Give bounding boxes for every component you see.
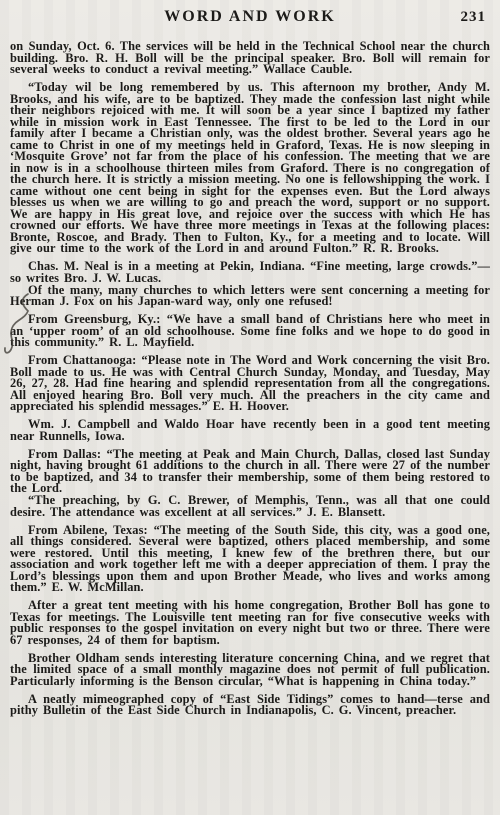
paragraph: Chas. M. Neal is in a meeting at Pekin, …	[10, 261, 490, 284]
magazine-page: WORD AND WORK 231 on Sunday, Oct. 6. The…	[0, 0, 500, 815]
paragraph: From Chattanooga: “Please note in The Wo…	[10, 355, 490, 413]
page-title: WORD AND WORK	[0, 8, 500, 26]
page-header: WORD AND WORK 231	[0, 0, 500, 34]
page-number: 231	[461, 9, 487, 26]
paragraph: “The preaching, by G. C. Brewer, of Memp…	[10, 495, 490, 518]
paragraph: Wm. J. Campbell and Waldo Hoar have rece…	[10, 419, 490, 442]
paragraph: Of the many, many churches to which lett…	[10, 285, 490, 308]
paragraph: A neatly mimeographed copy of “East Side…	[10, 694, 490, 717]
paragraph: “Today wil be long remembered by us. Thi…	[10, 82, 490, 255]
paragraph: From Abilene, Texas: “The meeting of the…	[10, 525, 490, 594]
paragraph: on Sunday, Oct. 6. The services will be …	[10, 41, 490, 76]
paragraph: Brother Oldham sends interesting literat…	[10, 653, 490, 688]
paragraph: From Greensburg, Ky.: “We have a small b…	[10, 314, 490, 349]
page-body: on Sunday, Oct. 6. The services will be …	[0, 41, 500, 717]
paragraph: After a great tent meeting with his home…	[10, 600, 490, 646]
paragraph: From Dallas: “The meeting at Peak and Ma…	[10, 449, 490, 495]
